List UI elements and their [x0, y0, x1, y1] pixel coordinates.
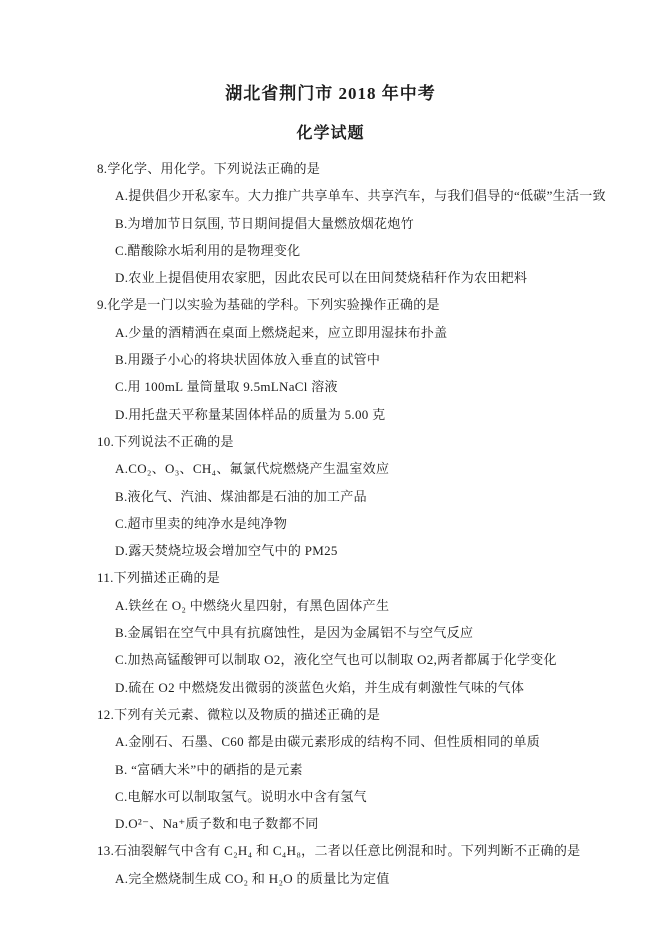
question-10-option-b: B.液化气、汽油、煤油都是石油的加工产品 [97, 483, 641, 510]
question-12-option-c: C.电解水可以制取氢气。说明水中含有氢气 [97, 783, 641, 810]
questions-area: 8.学化学、用化学。下列说法正确的是 A.提供倡少开私家车。大力推广共享单车、共… [97, 155, 641, 892]
question-11-option-b: B.金属铝在空气中具有抗腐蚀性，是因为金属铝不与空气反应 [97, 619, 641, 646]
question-10-option-c: C.超市里卖的纯净水是纯净物 [97, 510, 641, 537]
question-12-option-a: A.金刚石、石墨、C60 都是由碳元素形成的结构不同、但性质相同的单质 [97, 728, 641, 755]
question-12-option-d: D.O²⁻、Na⁺质子数和电子数都不同 [97, 810, 641, 837]
question-11-option-c: C.加热高锰酸钾可以制取 O2，液化空气也可以制取 O2,两者都属于化学变化 [97, 646, 641, 673]
question-8-option-a: A.提供倡少开私家车。大力推广共享单车、共享汽车，与我们倡导的“低碳”生活一致 [97, 182, 641, 209]
question-8-option-c: C.醋酸除水垢利用的是物理变化 [97, 237, 641, 264]
question-12-stem: 12.下列有关元素、微粒以及物质的描述正确的是 [97, 701, 641, 728]
question-13-stem: 13.石油裂解气中含有 C₂H₄ 和 C₄H₈，二者以任意比例混和时。下列判断不… [97, 837, 641, 864]
question-10-option-d: D.露天焚烧垃圾会增加空气中的 PM25 [97, 537, 641, 564]
exam-document-page: 湖北省荆门市 2018 年中考 化学试题 8.学化学、用化学。下列说法正确的是 … [0, 0, 661, 935]
question-9-stem: 9.化学是一门以实验为基础的学科。下列实验操作正确的是 [97, 291, 641, 318]
question-10-option-a: A.CO₂、O₃、CH₄、氟氯代烷燃烧产生温室效应 [97, 455, 641, 482]
question-12-option-b: B. “富硒大米”中的硒指的是元素 [97, 756, 641, 783]
question-9-option-a: A.少量的酒精洒在桌面上燃烧起来，应立即用湿抹布扑盖 [97, 319, 641, 346]
question-9-option-b: B.用蹑子小心的将块状固体放入垂直的试管中 [97, 346, 641, 373]
question-8-option-d: D.农业上提倡使用农家肥，因此农民可以在田间焚烧秸秆作为农田耙料 [97, 264, 641, 291]
question-8-stem: 8.学化学、用化学。下列说法正确的是 [97, 155, 641, 182]
document-subtitle: 化学试题 [0, 124, 661, 144]
document-title: 湖北省荆门市 2018 年中考 [0, 84, 661, 104]
question-11-stem: 11.下列描述正确的是 [97, 564, 641, 591]
question-11-option-a: A.铁丝在 O₂ 中燃绕火星四射，有黑色固体产生 [97, 592, 641, 619]
question-12: 12.下列有关元素、微粒以及物质的描述正确的是 A.金刚石、石墨、C60 都是由… [97, 701, 641, 837]
question-8: 8.学化学、用化学。下列说法正确的是 A.提供倡少开私家车。大力推广共享单车、共… [97, 155, 641, 291]
question-10-stem: 10.下列说法不正确的是 [97, 428, 641, 455]
question-11-option-d: D.硫在 O2 中燃烧发出微弱的淡蓝色火焰，并生成有刺激性气味的气体 [97, 674, 641, 701]
question-9-option-d: D.用托盘天平称量某固体样品的质量为 5.00 克 [97, 401, 641, 428]
question-10: 10.下列说法不正确的是 A.CO₂、O₃、CH₄、氟氯代烷燃烧产生温室效应 B… [97, 428, 641, 564]
question-11: 11.下列描述正确的是 A.铁丝在 O₂ 中燃绕火星四射，有黑色固体产生 B.金… [97, 564, 641, 700]
question-13: 13.石油裂解气中含有 C₂H₄ 和 C₄H₈，二者以任意比例混和时。下列判断不… [97, 837, 641, 892]
question-13-option-a: A.完全燃烧制生成 CO₂ 和 H₂O 的质量比为定值 [97, 865, 641, 892]
question-8-option-b: B.为增加节日氛围, 节日期间提倡大量燃放烟花炮竹 [97, 210, 641, 237]
question-9: 9.化学是一门以实验为基础的学科。下列实验操作正确的是 A.少量的酒精洒在桌面上… [97, 291, 641, 427]
question-9-option-c: C.用 100mL 量筒量取 9.5mLNaCl 溶液 [97, 373, 641, 400]
